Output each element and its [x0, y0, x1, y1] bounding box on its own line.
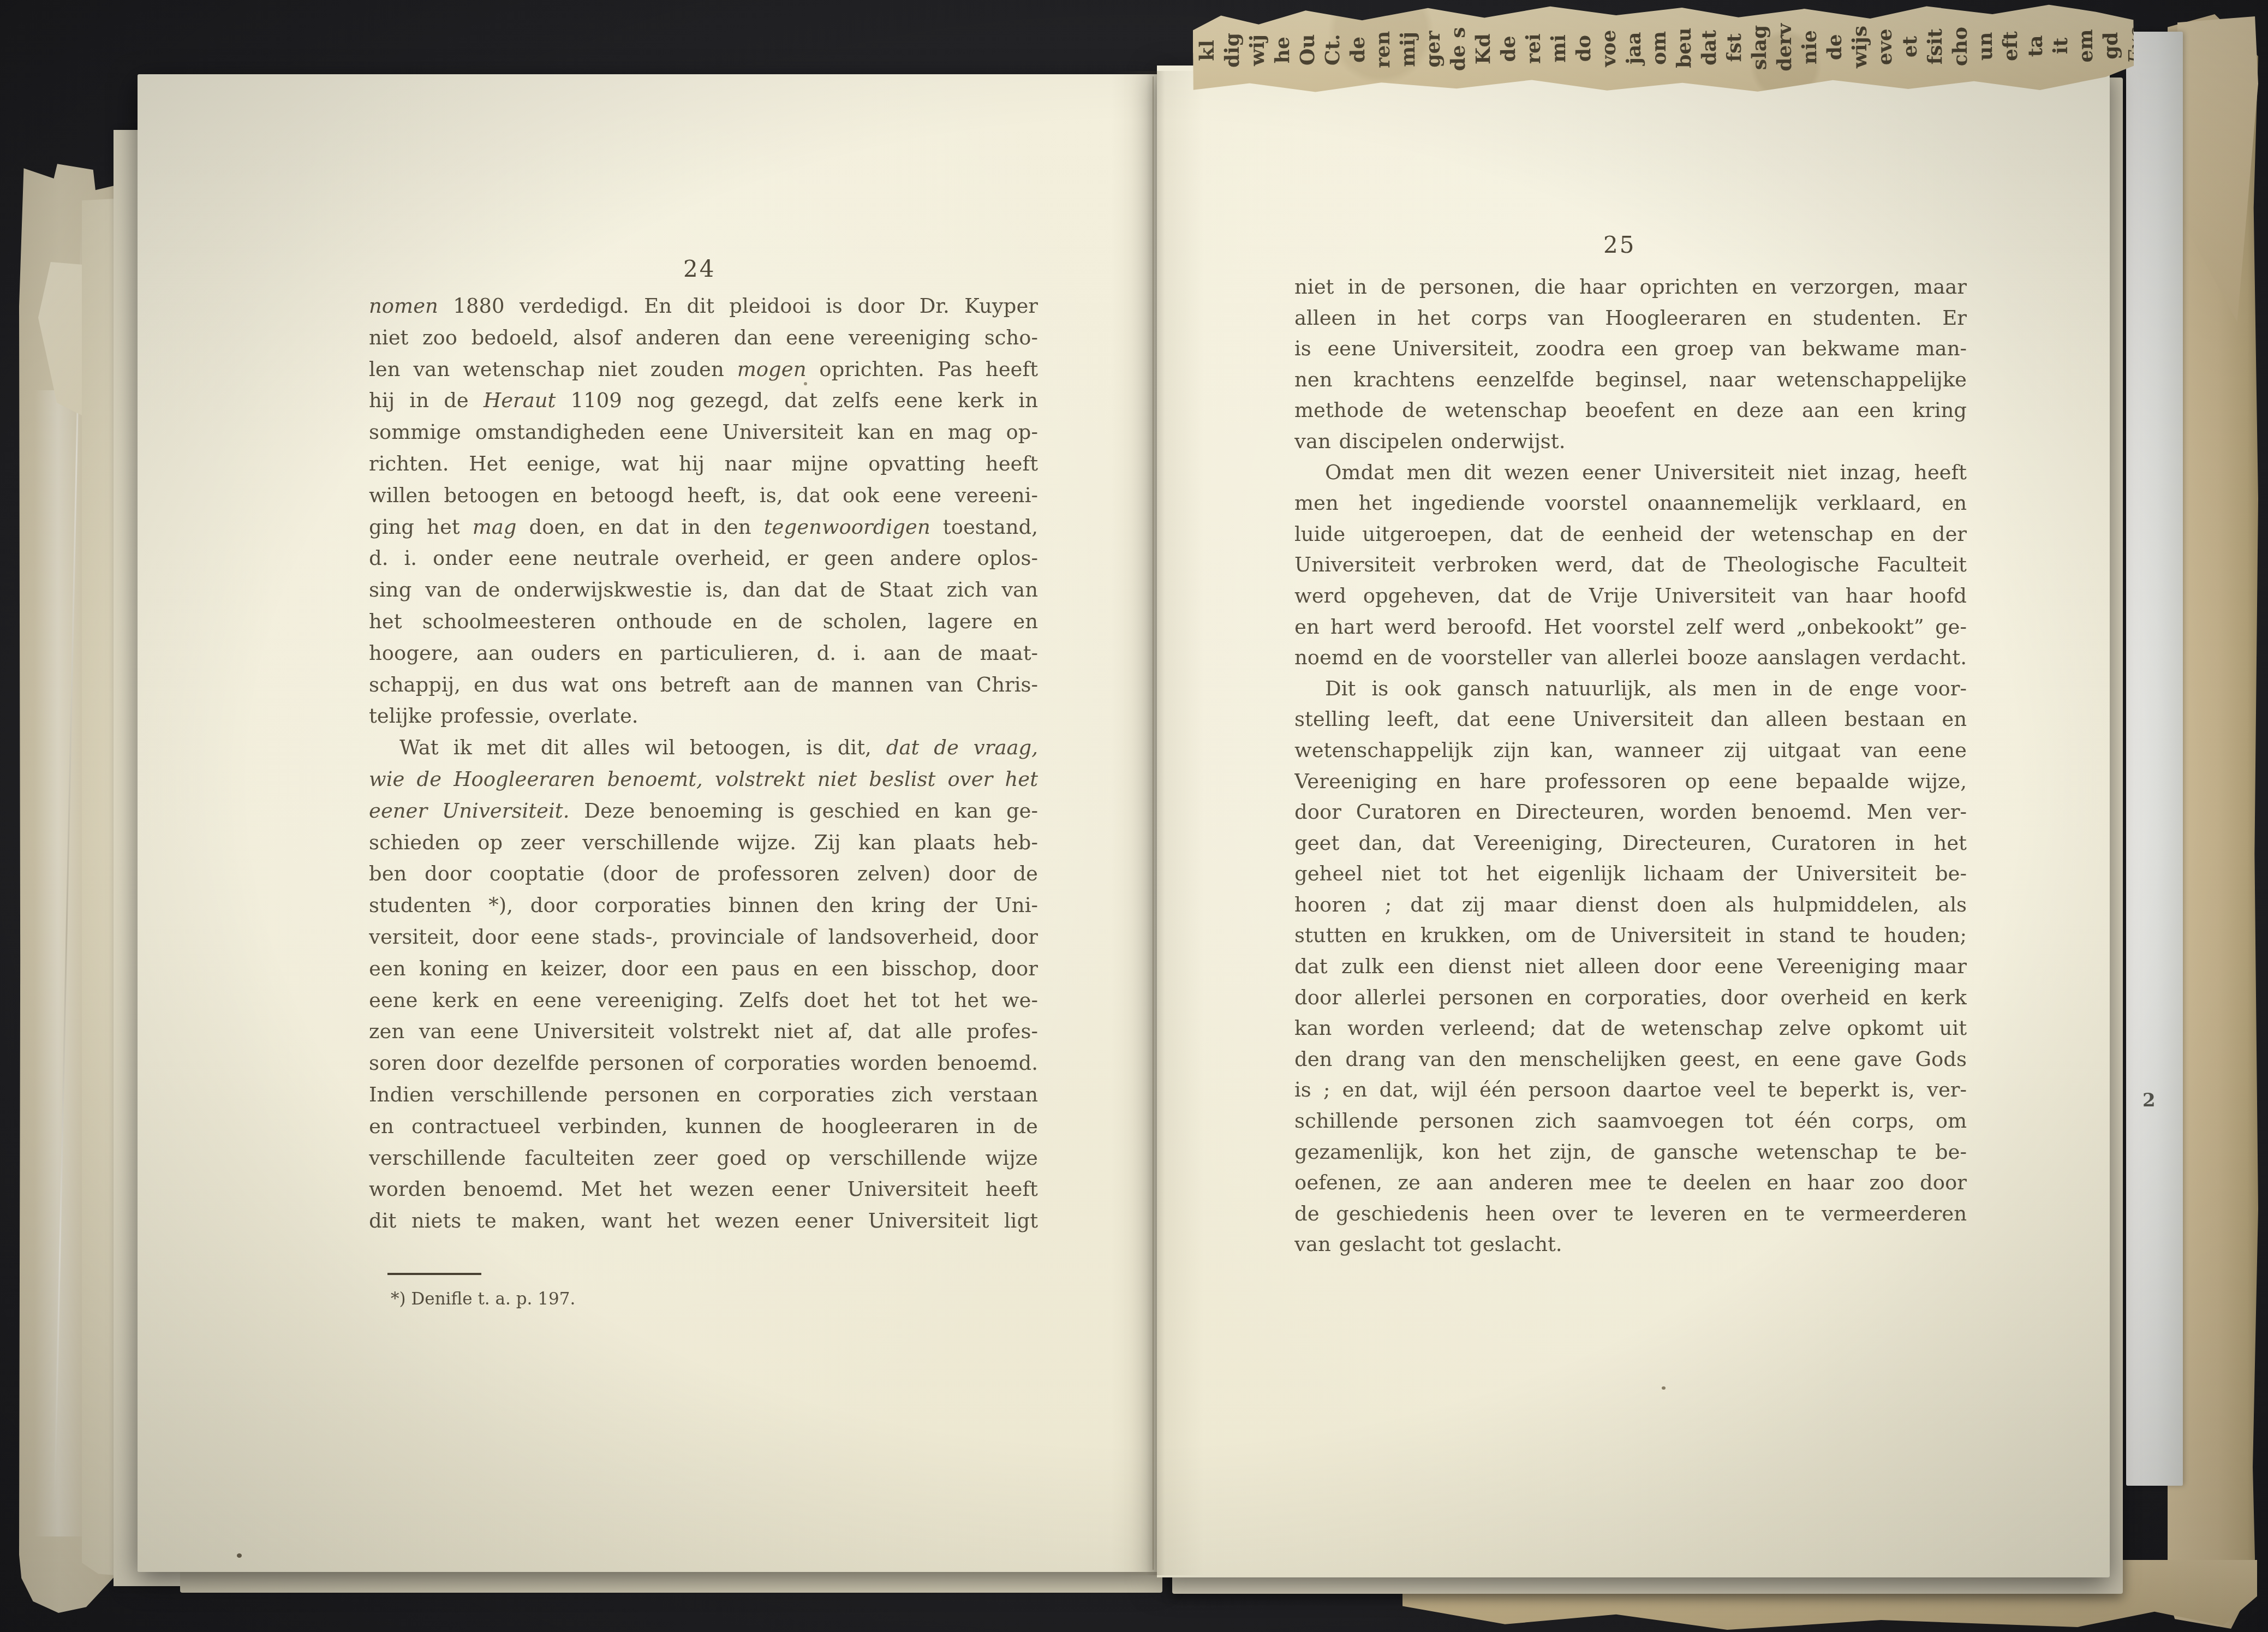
- newsprint-fragment: eve: [1873, 28, 1896, 65]
- text-line: door Curatoren en Directeuren, worden be…: [1294, 797, 1967, 828]
- newsprint-fragment: fsit: [1924, 28, 1947, 64]
- newsprint-fragment: jaa: [1622, 32, 1645, 64]
- text-line: schillende personen zich saamvoegen tot …: [1294, 1106, 1967, 1137]
- newsprint-fragment: derv: [1773, 23, 1796, 72]
- text-line: kan worden verleend; dat de wetenschap z…: [1294, 1013, 1967, 1044]
- newsprint-fragment: kl: [1196, 40, 1219, 61]
- text-line: sommige omstandigheden eene Universiteit…: [369, 416, 1038, 448]
- text-line: alleen in het corps van Hoogleeraren en …: [1294, 303, 1967, 334]
- photo-canvas: 2 24 25 nomen 1880 verdedigd. En dit ple…: [0, 0, 2268, 1632]
- newsprint-fragment: cho: [1949, 27, 1972, 66]
- gutter-fold-line: [1153, 76, 1154, 1570]
- footnote-rule: [387, 1273, 481, 1275]
- newsprint-fragment: ger: [1422, 31, 1445, 68]
- page-number-left: 24: [683, 255, 715, 282]
- text-line: schieden op zeer verschillende wijze. Zi…: [369, 827, 1038, 859]
- text-line: Omdat men dit wezen eener Universiteit n…: [1294, 457, 1967, 489]
- text-line: versiteit, door eene stads-, provinciale…: [369, 921, 1038, 953]
- text-line: hij in de Heraut 1109 nog gezegd, dat ze…: [369, 385, 1038, 416]
- text-line: richten. Het eenige, wat hij naar mijne …: [369, 448, 1038, 480]
- newsprint-fragment: Ou: [1296, 34, 1319, 66]
- text-line: dit niets te maken, want het wezen eener…: [369, 1205, 1038, 1237]
- text-line: niet in de personen, die haar oprichten …: [1294, 272, 1967, 303]
- text-line: is eene Universiteit, zoodra een groep v…: [1294, 333, 1967, 365]
- text-line: en hart werd beroofd. Het voorstel zelf …: [1294, 612, 1967, 643]
- newsprint-fragment: voe: [1597, 29, 1620, 67]
- text-line: niet zoo bedoeld, alsof anderen dan eene…: [369, 322, 1038, 354]
- paper-speck: [1662, 1386, 1666, 1390]
- text-line: hoogere, aan ouders en particulieren, d.…: [369, 638, 1038, 669]
- text-line: worden benoemd. Met het wezen eener Univ…: [369, 1174, 1038, 1205]
- newsprint-fragment: Ct.: [1321, 34, 1344, 65]
- tape-sheen: [34, 390, 87, 1536]
- newsprint-fragment: fst: [1723, 33, 1746, 62]
- newsprint-fragment: eft: [1999, 31, 2022, 61]
- paper-speck: [804, 382, 807, 385]
- newsprint-fragment: dig: [1221, 33, 1244, 68]
- text-line: van discipelen onderwijst.: [1294, 426, 1967, 457]
- text-line: ben door cooptatie (door de professoren …: [369, 858, 1038, 890]
- text-line: eener Universiteit. Deze benoeming is ge…: [369, 795, 1038, 827]
- text-line: zen van eene Universiteit volstrekt niet…: [369, 1016, 1038, 1047]
- newsprint-fragment: rei: [1522, 33, 1545, 64]
- text-line: methode de wetenschap beoefent en deze a…: [1294, 395, 1967, 426]
- torn-newsprint-strip: kldigwijheOuCt.derenmijgerde sKddereimid…: [1193, 0, 2134, 97]
- newsprint-fragment: mij: [1396, 32, 1419, 67]
- text-line: Wat ik met dit alles wil betoogen, is di…: [369, 732, 1038, 764]
- text-line: is ; en dat, wijl één persoon daartoe ve…: [1294, 1075, 1967, 1106]
- text-line: Indien verschillende personen en corpora…: [369, 1079, 1038, 1111]
- newsprint-fragment: wij: [1246, 34, 1269, 66]
- text-line: van geslacht tot geslacht.: [1294, 1229, 1967, 1260]
- text-line: den drang van den menschelijken geest, e…: [1294, 1044, 1967, 1075]
- newsprint-fragment: un: [1974, 32, 1997, 61]
- text-line: studenten *), door corporaties binnen de…: [369, 890, 1038, 921]
- text-line: geet dan, dat Vereeniging, Directeuren, …: [1294, 828, 1967, 859]
- text-line: dat zulk een dienst niet alleen door een…: [1294, 951, 1967, 982]
- text-block-left: nomen 1880 verdedigd. En dit pleidooi is…: [369, 290, 1038, 1237]
- newsprint-fragment: dat: [1698, 30, 1721, 65]
- text-line: verschillende faculteiten zeer goed op v…: [369, 1142, 1038, 1174]
- text-line: wie de Hoogleeraren benoemt, volstrekt n…: [369, 764, 1038, 795]
- newsprint-fragment: nie: [1798, 30, 1821, 64]
- paper-speck: [237, 1553, 242, 1558]
- text-line: men het ingediende voorstel onaannemelij…: [1294, 488, 1967, 519]
- text-line: hooren ; dat zij maar dienst doen als hu…: [1294, 890, 1967, 921]
- text-line: geheel niet tot het eigenlijk lichaam de…: [1294, 859, 1967, 890]
- text-line: Dit is ook gansch natuurlijk, als men in…: [1294, 674, 1967, 705]
- loose-sheet-edge: 2: [2126, 32, 2183, 1486]
- newsprint-fragment: de: [1346, 37, 1369, 63]
- newsprint-fragment: de: [1823, 34, 1846, 60]
- newsprint-fragment: om: [1648, 31, 1670, 65]
- newsprint-fragment: mi: [1547, 34, 1570, 63]
- text-line: willen betoogen en betoogd heeft, is, da…: [369, 480, 1038, 511]
- text-line: de geschiedenis heen over te leveren en …: [1294, 1199, 1967, 1230]
- newsprint-fragment: he: [1271, 37, 1294, 63]
- newsprint-fragment: wijs: [1848, 26, 1871, 68]
- newsprint-fragment: slag: [1748, 25, 1771, 70]
- newsprint-fragment: it: [2049, 38, 2072, 55]
- text-line: een koning en keizer, door een paus en e…: [369, 953, 1038, 985]
- text-line: stelling leeft, dat eene Universiteit da…: [1294, 704, 1967, 735]
- newsprint-fragment: Kd: [1472, 33, 1495, 64]
- text-line: wetenschappelijk zijn kan, wanneer zij u…: [1294, 735, 1967, 766]
- text-line: gezamenlijk, kon het zijn, de gansche we…: [1294, 1137, 1967, 1168]
- sheet-number-mark: 2: [2142, 1089, 2156, 1111]
- text-line: stutten en krukken, om de Universiteit i…: [1294, 920, 1967, 951]
- text-line: werd opgeheven, dat de Vrije Universitei…: [1294, 581, 1967, 612]
- newsprint-fragment: ta: [2024, 35, 2047, 57]
- newsprint-fragment: gd: [2099, 32, 2122, 59]
- text-line: len van wetenschap niet zouden mogen opr…: [369, 354, 1038, 385]
- text-line: Vereeniging en hare professoren op eene …: [1294, 766, 1967, 797]
- newsprint-fragment: beu: [1673, 28, 1696, 68]
- newsprint-fragment: do: [1572, 35, 1595, 62]
- text-line: nomen 1880 verdedigd. En dit pleidooi is…: [369, 290, 1038, 322]
- text-line: telijke professie, overlate.: [369, 700, 1038, 732]
- text-line: d. i. onder eene neutrale overheid, er g…: [369, 543, 1038, 574]
- page-number-right: 25: [1603, 231, 1636, 258]
- text-line: eene kerk en eene vereeniging. Zelfs doe…: [369, 985, 1038, 1016]
- text-line: sing van de onderwijskwestie is, dan dat…: [369, 574, 1038, 606]
- text-line: nen krachtens eenzelfde beginsel, naar w…: [1294, 365, 1967, 396]
- text-block-right: niet in de personen, die haar oprichten …: [1294, 272, 1967, 1260]
- text-line: schappij, en dus wat ons betreft aan de …: [369, 669, 1038, 701]
- newsprint-fragment: de s: [1447, 27, 1470, 71]
- text-line: ging het mag doen, en dat in den tegenwo…: [369, 511, 1038, 543]
- newsprint-fragment: de: [1497, 35, 1520, 62]
- newsprint-fragment: et: [1899, 36, 1921, 58]
- newsprint-fragment: ren: [1371, 31, 1394, 68]
- text-line: door allerlei personen en corporaties, d…: [1294, 982, 1967, 1014]
- text-line: en contractueel verbinden, kunnen de hoo…: [369, 1111, 1038, 1142]
- newsprint-fragment: em: [2074, 29, 2097, 62]
- text-line: soren door dezelfde personen of corporat…: [369, 1047, 1038, 1079]
- footnote: *) Denifle t. a. p. 197.: [391, 1289, 882, 1309]
- text-line: het schoolmeesteren onthoude en de schol…: [369, 606, 1038, 638]
- text-line: oefenen, ze aan anderen mee te deelen en…: [1294, 1168, 1967, 1199]
- text-line: noemd en de voorsteller van allerlei boo…: [1294, 642, 1967, 674]
- text-line: luide uitgeroepen, dat de eenheid der we…: [1294, 519, 1967, 550]
- text-line: Universiteit verbroken werd, dat de Theo…: [1294, 550, 1967, 581]
